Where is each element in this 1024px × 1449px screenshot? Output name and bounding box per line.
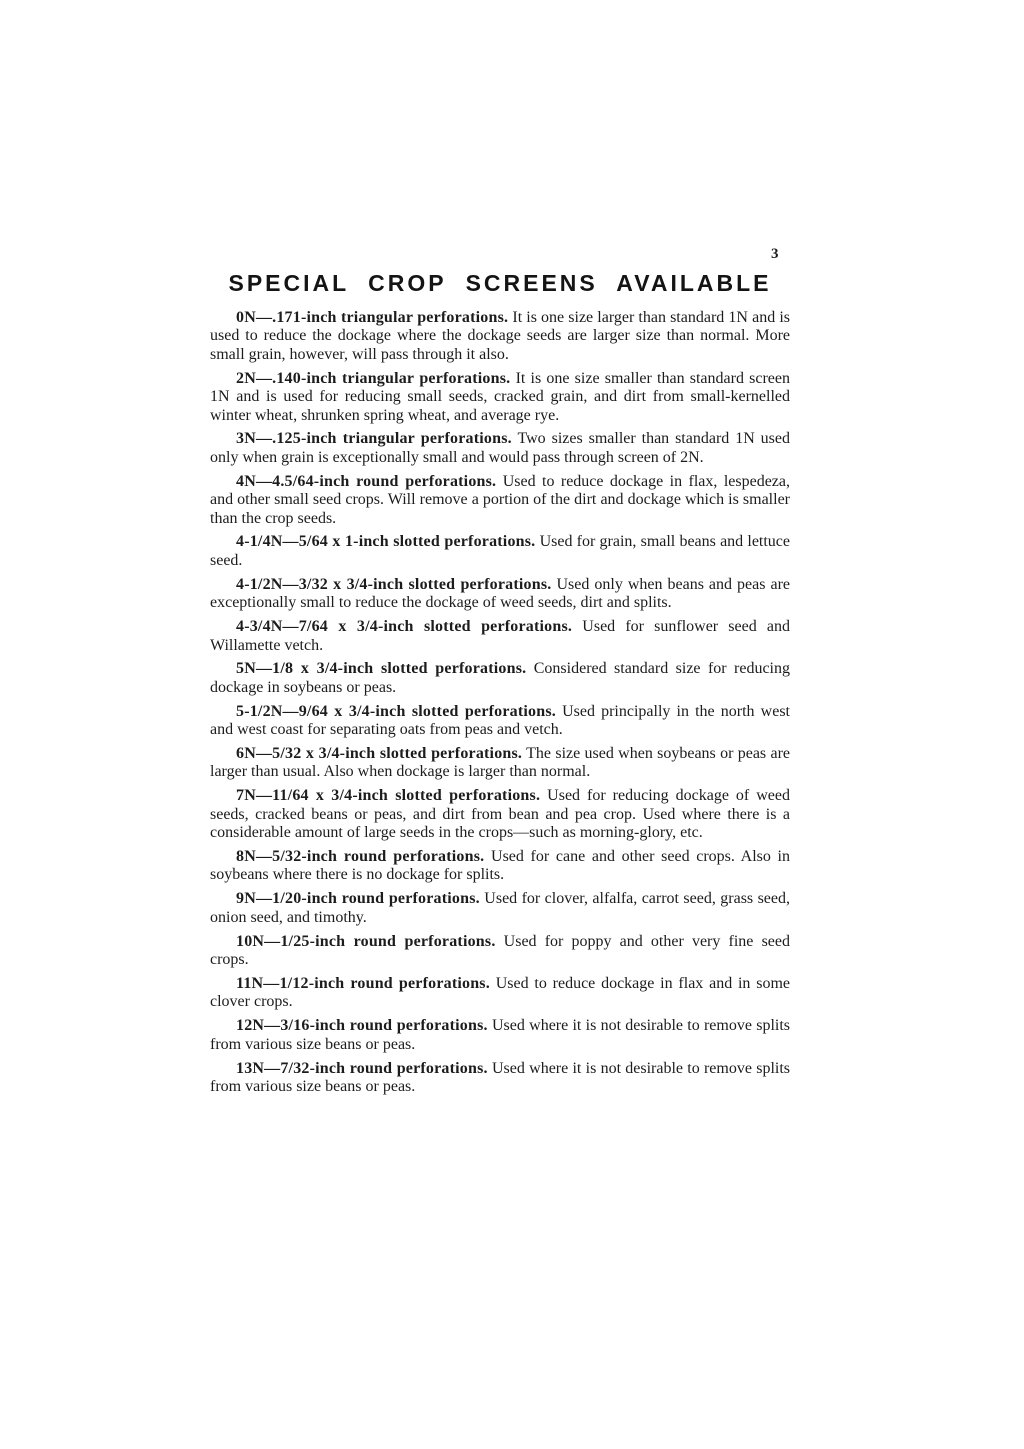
screen-entry: 3N—.125-inch triangular perforations. Tw… xyxy=(210,430,790,467)
screen-entry: 9N—1/20-inch round perforations. Used fo… xyxy=(210,890,790,927)
content: 0N—.171-inch triangular perforations. It… xyxy=(210,309,790,1102)
screen-entry: 4-1/4N—5/64 x 1-inch slotted perforation… xyxy=(210,533,790,570)
screen-term: 11N—1/12-inch round perforations. xyxy=(236,975,490,992)
screen-term: 4-3/4N—7/64 x 3/4-inch slotted perforati… xyxy=(236,618,572,635)
screen-entry: 5-1/2N—9/64 x 3/4-inch slotted perforati… xyxy=(210,703,790,740)
screen-entry: 11N—1/12-inch round perforations. Used t… xyxy=(210,975,790,1012)
screen-entry: 4-3/4N—7/64 x 3/4-inch slotted perforati… xyxy=(210,618,790,655)
screen-term: 4-1/4N—5/64 x 1-inch slotted perforation… xyxy=(236,533,535,550)
screen-term: 0N—.171-inch triangular perforations. xyxy=(236,309,508,326)
screen-term: 5N—1/8 x 3/4-inch slotted perforations. xyxy=(236,660,526,677)
screen-entry: 7N—11/64 x 3/4-inch slotted perforations… xyxy=(210,787,790,842)
screen-term: 2N—.140-inch triangular perforations. xyxy=(236,370,510,387)
screen-entry: 5N—1/8 x 3/4-inch slotted perforations. … xyxy=(210,660,790,697)
screen-entry: 6N—5/32 x 3/4-inch slotted perforations.… xyxy=(210,745,790,782)
screen-entry: 13N—7/32-inch round perforations. Used w… xyxy=(210,1060,790,1097)
screen-term: 13N—7/32-inch round perforations. xyxy=(236,1060,488,1077)
screen-term: 9N—1/20-inch round perforations. xyxy=(236,890,480,907)
page-title: SPECIAL CROP SCREENS AVAILABLE xyxy=(210,270,790,297)
screen-term: 4-1/2N—3/32 x 3/4-inch slotted perforati… xyxy=(236,576,551,593)
screen-term: 8N—5/32-inch round perforations. xyxy=(236,848,484,865)
screen-entry: 4-1/2N—3/32 x 3/4-inch slotted perforati… xyxy=(210,576,790,613)
screen-entry: 4N—4.5/64-inch round perforations. Used … xyxy=(210,473,790,528)
page-number: 3 xyxy=(771,246,779,263)
screen-term: 6N—5/32 x 3/4-inch slotted perforations. xyxy=(236,745,522,762)
screen-term: 4N—4.5/64-inch round perforations. xyxy=(236,473,496,490)
screen-entry: 12N—3/16-inch round perforations. Used w… xyxy=(210,1017,790,1054)
document-page: 3 SPECIAL CROP SCREENS AVAILABLE 0N—.171… xyxy=(0,0,1024,1449)
screen-term: 7N—11/64 x 3/4-inch slotted perforations… xyxy=(236,787,540,804)
screen-entry: 8N—5/32-inch round perforations. Used fo… xyxy=(210,848,790,885)
screen-entry: 0N—.171-inch triangular perforations. It… xyxy=(210,309,790,364)
screen-term: 3N—.125-inch triangular perforations. xyxy=(236,430,512,447)
screen-term: 5-1/2N—9/64 x 3/4-inch slotted perforati… xyxy=(236,703,556,720)
screen-entry: 10N—1/25-inch round perforations. Used f… xyxy=(210,933,790,970)
screen-term: 10N—1/25-inch round perforations. xyxy=(236,933,496,950)
screen-term: 12N—3/16-inch round perforations. xyxy=(236,1017,488,1034)
screen-entry: 2N—.140-inch triangular perforations. It… xyxy=(210,370,790,425)
